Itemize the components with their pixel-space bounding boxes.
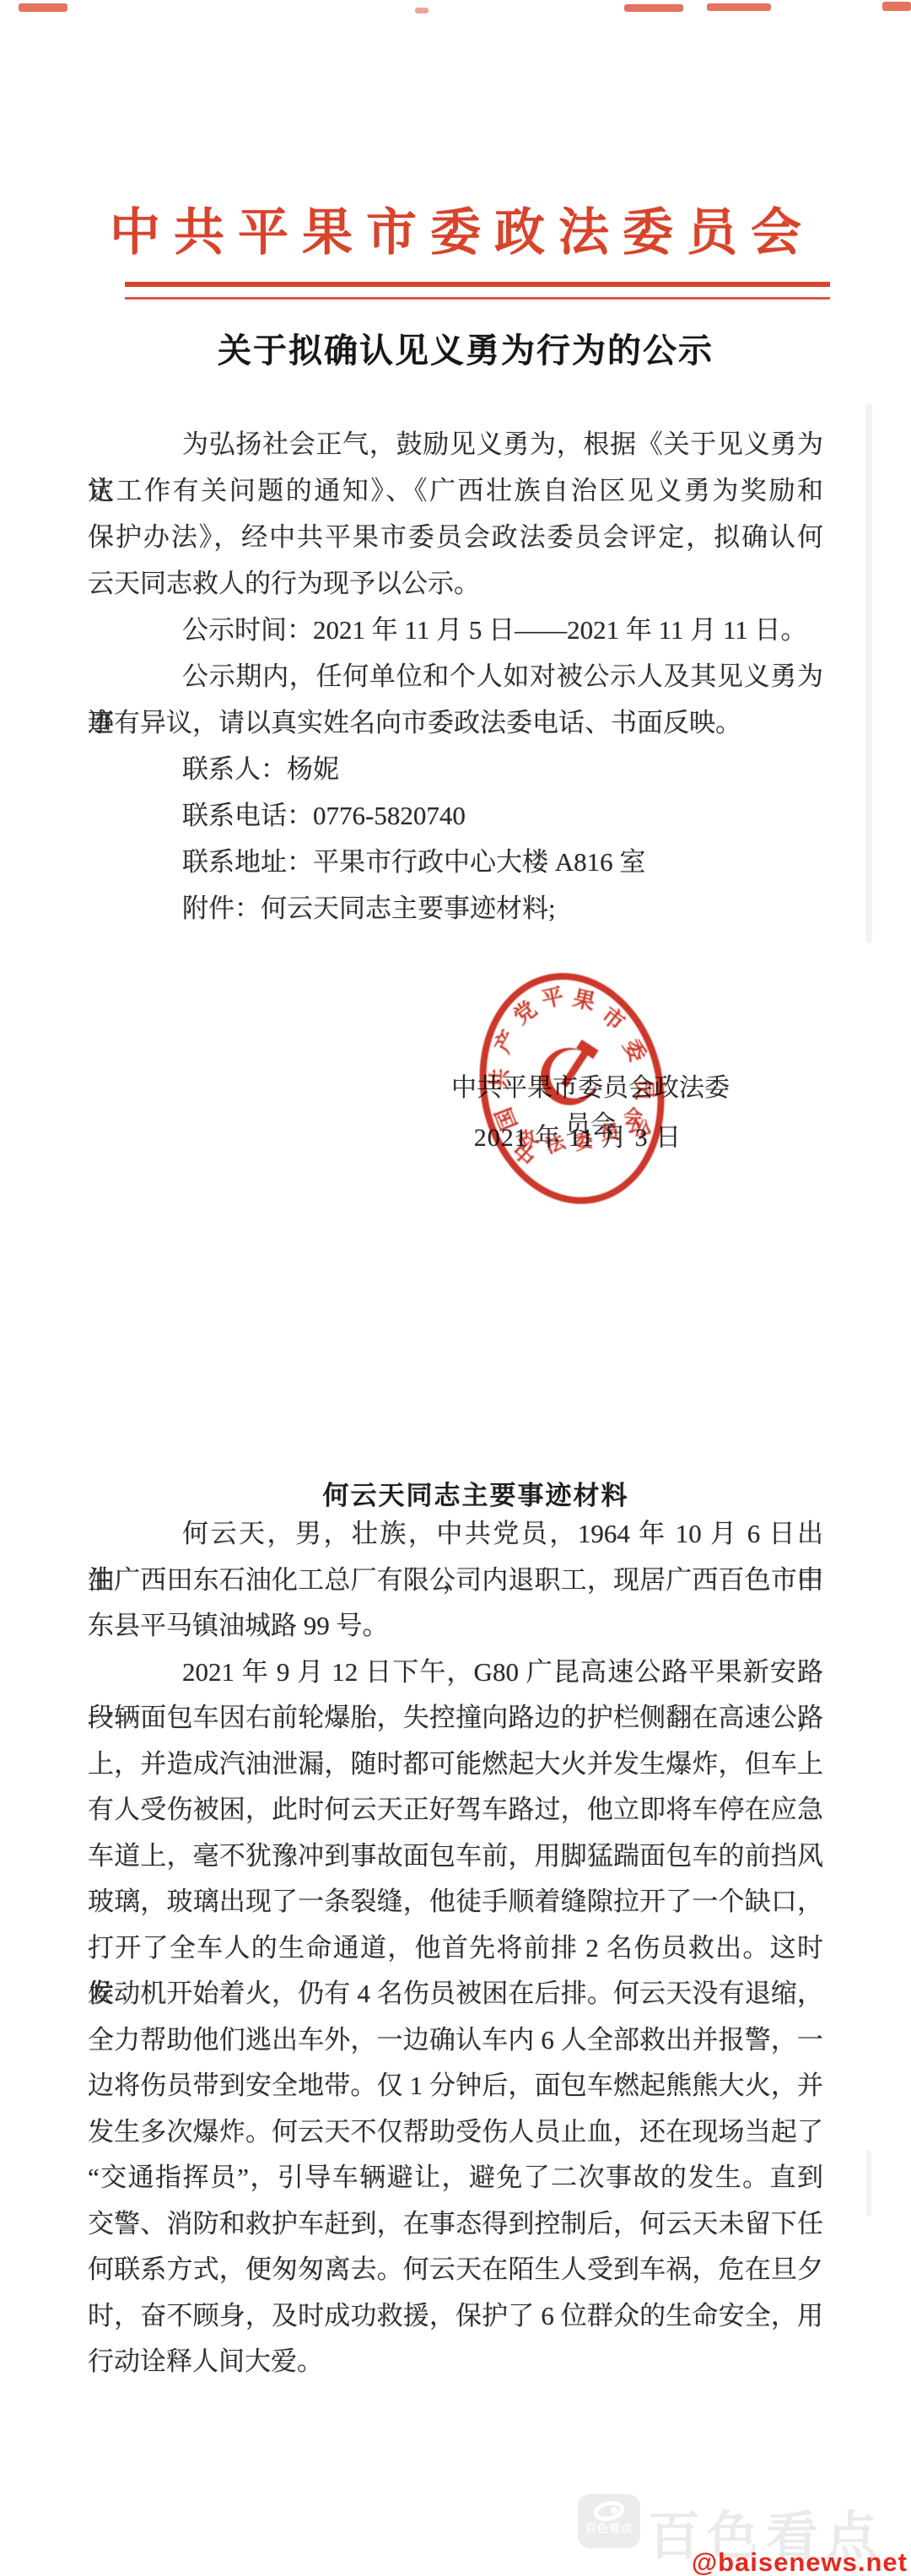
notice-paragraph-line: 为弘扬社会正气，鼓励见义勇为，根据《关于见义勇为认 [88,421,823,467]
letterhead-rule-thin [125,297,830,300]
notice-paragraph-line: 保护办法》，经中共平果市委员会政法委员会评定，拟确认何 [88,514,823,560]
attachment-paragraph-line: 玻璃，玻璃出现了一条裂缝，他徒手顺着缝隙拉开了一个缺口， [88,1879,823,1925]
svg-text:员: 员 [631,1078,657,1103]
svg-text:委: 委 [571,1128,595,1153]
scanned-notice-page: 中共平果市委政法委员会 关于拟确认见义勇为行为的公示 为弘扬社会正气，鼓励见义勇… [0,0,911,2576]
svg-text:法: 法 [542,1130,569,1158]
attachment-title: 何云天同志主要事迹材料 [88,1474,864,1512]
attachment-paragraph-line: 发动机开始着火，仍有 4 名伤员被困在后排。何云天没有退缩， [88,1971,823,2017]
attachment-paragraph-line: 边将伤员带到安全地带。仅 1 分钟后，面包车燃起熊熊大火，并 [88,2063,823,2109]
attachment-paragraph-line: 交警、消防和救护车赶到，在事态得到控制后，何云天未留下任 [88,2201,823,2248]
hammer-sickle-icon [534,1037,608,1111]
letterhead-rule-thick [125,282,830,287]
scan-streak [865,403,872,943]
scan-streak [866,2150,871,2216]
red-scan-artifact [882,2,911,11]
attachment-paragraph-line: 发生多次爆炸。何云天不仅帮助受伤人员止血，还在现场当起了 [88,2109,823,2156]
attachment-paragraph-line: 何云天，男，壮族，中共党员，1964 年 10 月 6 日出生，中 [88,1511,823,1558]
contact-phone-line: 联系电话：0776-5820740 [88,792,823,839]
attachment-paragraph-line: 全力帮助他们逃出车外，一边确认车内 6 人全部救出并报警，一 [88,2017,823,2064]
red-scan-artifact [624,4,683,12]
svg-text:会: 会 [623,1105,644,1129]
svg-text:果: 果 [570,985,597,1014]
watermark-handle: @baisenews.net [692,2547,908,2576]
attachment-paragraph-line: 打开了全车人的生命通道，他首先将前排 2 名伤员救出。这时候， [88,1925,823,1972]
official-seal: 中国共产党平果市委员会 政法委员会 [454,953,690,1223]
notice-title: 关于拟确认见义勇为行为的公示 [88,324,844,372]
svg-text:员: 员 [599,1121,622,1144]
red-scan-artifact [19,3,67,12]
attachment-paragraph-line: 2021 年 9 月 12 日下午，G80 广昆高速公路平果新安路段， [88,1650,823,1696]
swirl-icon [592,2500,626,2522]
attachment-paragraph-line: 油广西田东石油化工总厂有限公司内退职工，现居广西百色市田 [88,1558,823,1604]
attachment-paragraph-line: 东县平马镇油城路 99 号。 [88,1603,823,1650]
attachment-paragraph-line: 一辆面包车因右前轮爆胎，失控撞向路边的护栏侧翻在高速公路 [88,1695,823,1742]
seal-graphic: 中国共产党平果市委员会 政法委员会 [454,953,690,1223]
contact-address-line: 联系地址：平果市行政中心大楼 A816 室 [88,839,823,885]
baisekandian-logo: 百色看点 [578,2494,640,2548]
notice-paragraph-line: 云天同志救人的行为现予以公示。 [88,560,823,607]
objection-line: 公示期内，任何单位和个人如对被公示人及其见义勇为事 [88,653,823,699]
notice-paragraph-line: 定工作有关问题的通知》、《广西壮族自治区见义勇为奖励和 [88,467,823,514]
contact-person-line: 联系人：杨妮 [88,746,823,792]
red-scan-artifact [707,3,771,11]
letterhead-org-name: 中共平果市委政法委员会 [0,192,911,265]
logo-label: 百色看点 [578,2522,640,2535]
attachment-note-line: 附件：何云天同志主要事迹材料; [88,885,823,932]
attachment-paragraph-line: “交通指挥员”，引导车辆避让，避免了二次事故的发生。直到 [88,2155,823,2201]
notice-body: 为弘扬社会正气，鼓励见义勇为，根据《关于见义勇为认 定工作有关问题的通知》、《广… [88,421,823,932]
publicity-period-line: 公示时间：2021 年 11 月 5 日——2021 年 11 月 11 日。 [88,607,823,653]
attachment-paragraph-line: 时，奋不顾身，及时成功救援，保护了 6 位群众的生命安全，用 [88,2293,823,2340]
attachment-paragraph-line: 上，并造成汽油泄漏，随时都可能燃起大火并发生爆炸，但车上 [88,1742,823,1788]
attachment-paragraph-line: 何联系方式，便匆匆离去。何云天在陌生人受到车祸，危在旦夕 [88,2247,823,2293]
svg-text:平: 平 [539,983,566,1013]
objection-line: 迹有异议，请以真实姓名向市委政法委电话、书面反映。 [88,699,823,746]
attachment-paragraph-line: 车道上，毫不犹豫冲到事故面包车前，用脚猛踹面包车的前挡风 [88,1833,823,1880]
attachment-paragraph-line: 有人受伤被困，此时何云天正好驾车路过，他立即将车停在应急 [88,1787,823,1833]
svg-text:共: 共 [486,1067,512,1091]
red-scan-artifact [415,8,429,14]
attachment-paragraph-line: 行动诠释人间大爱。 [88,2339,823,2385]
attachment-body: 何云天，男，壮族，中共党员，1964 年 10 月 6 日出生，中 油广西田东石… [88,1511,823,2385]
